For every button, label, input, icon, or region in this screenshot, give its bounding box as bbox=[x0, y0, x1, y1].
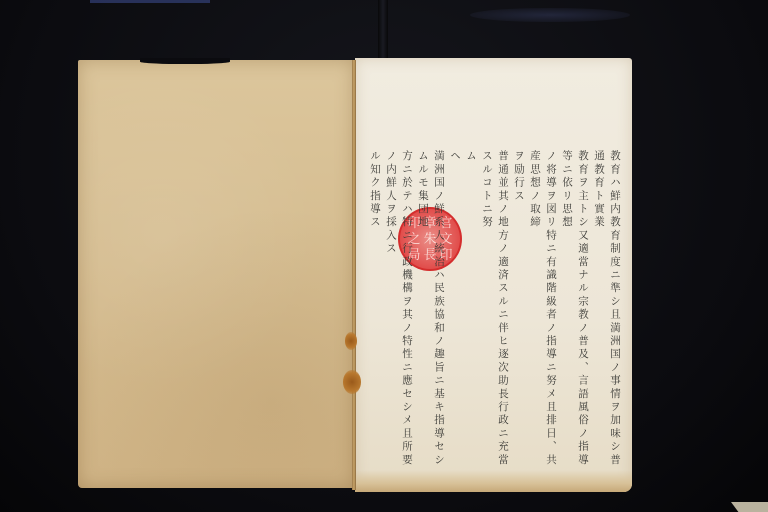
right-page-worn-edge bbox=[355, 470, 632, 492]
book-spine bbox=[352, 60, 356, 490]
text-line: ノ将導ヲ図リ特ニ有識階級者ノ指導ニ努メ且排日、共産思想ノ取締 bbox=[527, 150, 559, 470]
document-body-text: 教育ハ鮮内教育制度ニ準シ且満洲国ノ事情ヲ加味シ普通教育ト實業 教育ヲ主トシ又適當… bbox=[478, 150, 623, 470]
text-line: 満洲国ノ鮮系人統治ハ民族協和ノ趣旨ニ基キ指導セシムルモ集団地 bbox=[415, 150, 447, 470]
backdrop-glow bbox=[470, 8, 630, 22]
stain-mark bbox=[343, 370, 361, 394]
backdrop-top-strip bbox=[90, 0, 210, 3]
text-line: ル知ク指導ス bbox=[367, 150, 383, 470]
text-line: ム bbox=[463, 150, 479, 470]
text-line: ヲ励行ス bbox=[511, 150, 527, 470]
text-line: 普通並其ノ地方ノ適済スルニ伴ヒ逐次助長行政ニ充當スルコトニ努 bbox=[479, 150, 511, 470]
text-line: 教育ハ鮮内教育制度ニ準シ且満洲国ノ事情ヲ加味シ普通教育ト實業 bbox=[591, 150, 623, 470]
backdrop-seam bbox=[378, 0, 388, 60]
left-page-cover bbox=[78, 60, 354, 488]
text-line: 教育ヲ主トシ又適當ナル宗教ノ普及、言語風俗ノ指導等ニ依リ思想 bbox=[559, 150, 591, 470]
left-page-tear bbox=[140, 58, 230, 64]
text-line: 方ニ於テハ特ニ行政機構ヲ其ノ特性ニ應セシメ且所要ノ内鮮人ヲ採入ス bbox=[383, 150, 415, 470]
stain-mark bbox=[345, 332, 357, 350]
corner-paper-tab bbox=[731, 502, 768, 512]
text-line: ヘ bbox=[447, 150, 463, 470]
